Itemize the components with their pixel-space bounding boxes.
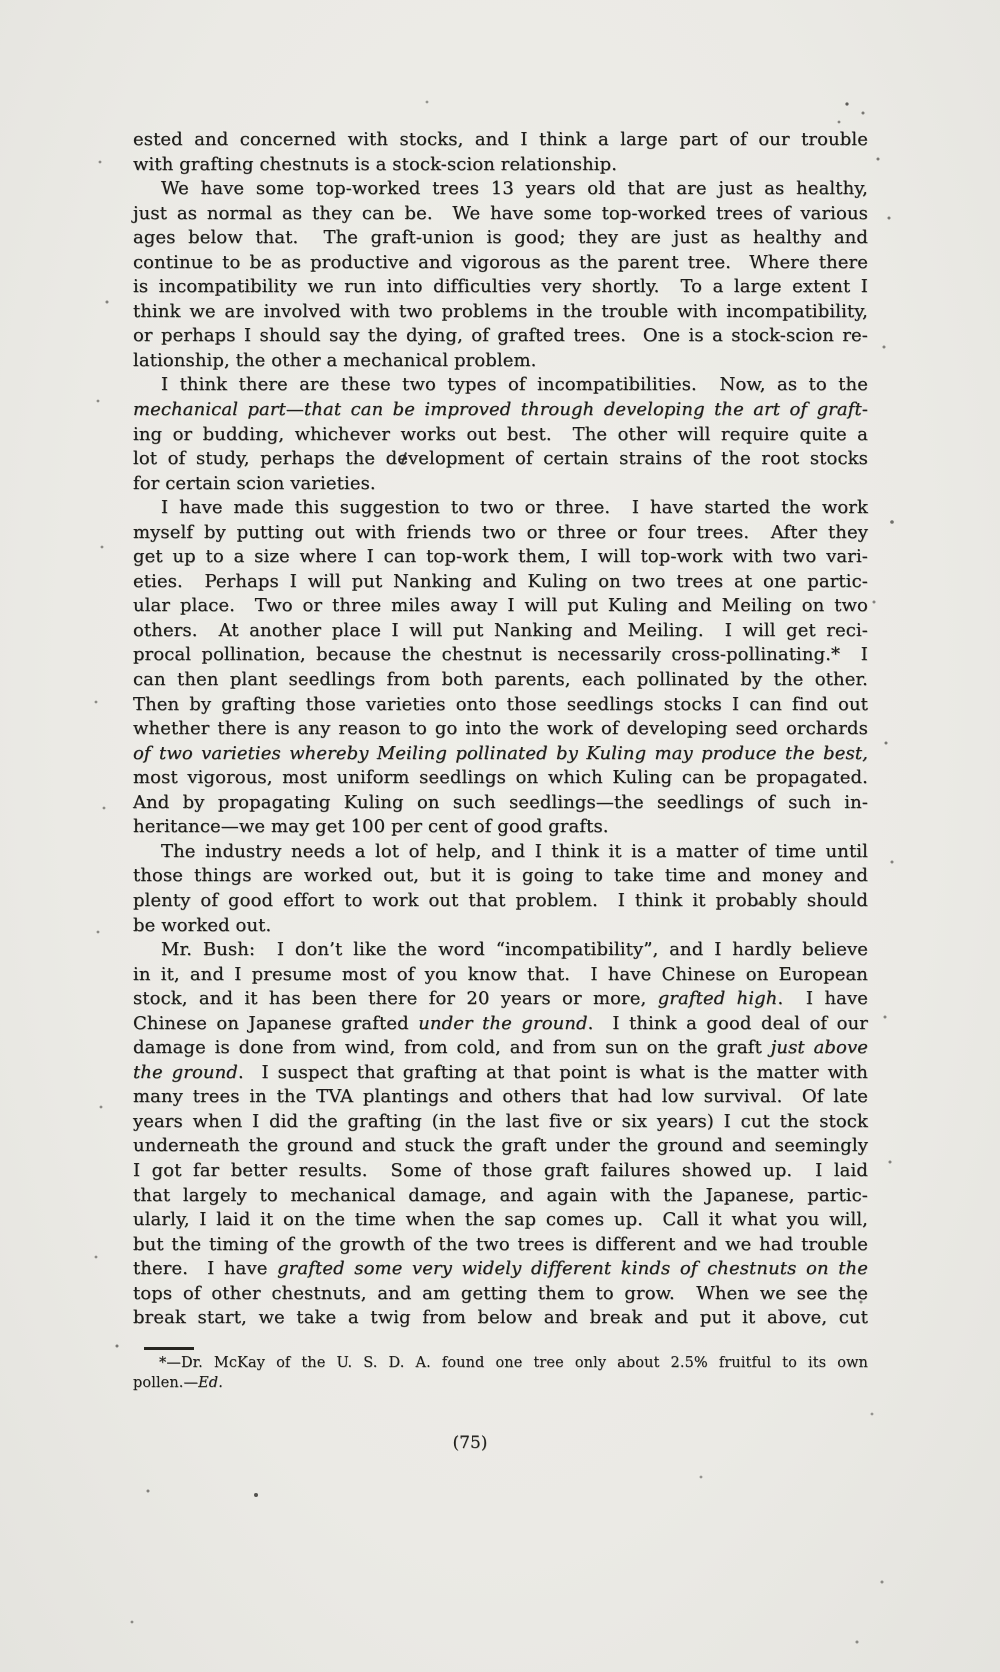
paragraph: ested and concerned with stocks, and I t… [133,128,868,177]
text-line: And by propagating Kuling on such seedli… [133,791,868,816]
text-line: most vigorous, most uniform seedlings on… [133,766,868,791]
text-line: mechanical part—that can be improved thr… [133,398,868,423]
text-line: stock, and it has been there for 20 year… [133,987,868,1012]
text-line: underneath the ground and stuck the graf… [133,1134,868,1159]
paragraph: Mr. Bush: I don’t like the word “incompa… [133,938,868,1331]
text-line: others. At another place I will put Nank… [133,619,868,644]
text-line: of two varieties whereby Meiling pollina… [133,742,868,767]
text-line: lationship, the other a mechanical probl… [133,349,868,374]
text-line: heritance—we may get 100 per cent of goo… [133,815,868,840]
text-line: Mr. Bush: I don’t like the word “incompa… [133,938,868,963]
footnote-line: *—Dr. McKay of the U. S. D. A. found one… [133,1354,868,1374]
text-line: in it, and I presume most of you know th… [133,963,868,988]
text-line: I think there are these two types of inc… [133,373,868,398]
text-line: The industry needs a lot of help, and I … [133,840,868,865]
paragraph: The industry needs a lot of help, and I … [133,840,868,938]
text-line: ested and concerned with stocks, and I t… [133,128,868,153]
text-block: ested and concerned with stocks, and I t… [133,128,868,1331]
text-line: ing or budding, whichever works out best… [133,423,868,448]
text-line: the ground. I suspect that grafting at t… [133,1061,868,1086]
text-line: years when I did the grafting (in the la… [133,1110,868,1135]
paragraph: I have made this suggestion to two or th… [133,496,868,840]
text-line: ularly, I laid it on the time when the s… [133,1208,868,1233]
text-line: myself by putting out with friends two o… [133,521,868,546]
text-line: damage is done from wind, from cold, and… [133,1036,868,1061]
text-line: is incompatibility we run into difficult… [133,275,868,300]
text-line: think we are involved with two problems … [133,300,868,325]
text-line: there. I have grafted some very widely d… [133,1257,868,1282]
text-line: that largely to mechanical damage, and a… [133,1184,868,1209]
text-line: ular place. Two or three miles away I wi… [133,594,868,619]
paragraph: I think there are these two types of inc… [133,373,868,496]
scan-noise-specks [0,0,2,2]
text-line: or perhaps I should say the dying, of gr… [133,324,868,349]
text-line: get up to a size where I can top-work th… [133,545,868,570]
footnote-rule [144,1347,194,1350]
text-line: plenty of good effort to work out that p… [133,889,868,914]
text-line: lot of study, perhaps the development of… [133,447,868,472]
text-line: with grafting chestnuts is a stock-scion… [133,153,868,178]
text-line: We have some top-worked trees 13 years o… [133,177,868,202]
text-line: I have made this suggestion to two or th… [133,496,868,521]
footnote: *—Dr. McKay of the U. S. D. A. found one… [133,1354,868,1393]
text-line: whether there is any reason to go into t… [133,717,868,742]
text-line: just as normal as they can be. We have s… [133,202,868,227]
text-line: eties. Perhaps I will put Nanking and Ku… [133,570,868,595]
text-line: for certain scion varieties. [133,472,868,497]
page-number: (75) [0,1433,940,1453]
text-line: procal pollination, because the chestnut… [133,643,868,668]
text-line: those things are worked out, but it is g… [133,864,868,889]
text-line: Chinese on Japanese grafted under the gr… [133,1012,868,1037]
text-line: tops of other chestnuts, and am getting … [133,1282,868,1307]
text-line: many trees in the TVA plantings and othe… [133,1085,868,1110]
text-line: continue to be as productive and vigorou… [133,251,868,276]
text-line: break start, we take a twig from below a… [133,1306,868,1331]
text-line: Then by grafting those varieties onto th… [133,693,868,718]
footnote-line: pollen.—Ed. [133,1374,868,1394]
document-page: ested and concerned with stocks, and I t… [0,0,1000,1672]
text-line: but the timing of the growth of the two … [133,1233,868,1258]
text-line: can then plant seedlings from both paren… [133,668,868,693]
text-line: ages below that. The graft-union is good… [133,226,868,251]
text-line: I got far better results. Some of those … [133,1159,868,1184]
text-line: be worked out. [133,914,868,939]
paragraph: We have some top-worked trees 13 years o… [133,177,868,373]
